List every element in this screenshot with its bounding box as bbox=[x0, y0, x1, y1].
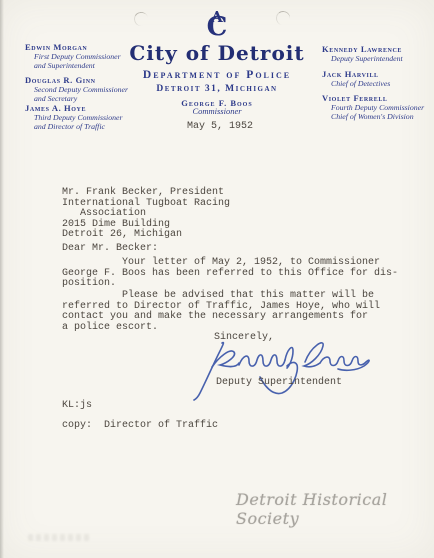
body-paragraph: Please be advised that this matter will … bbox=[62, 291, 380, 333]
signer-title: Deputy Superintendent bbox=[216, 377, 342, 388]
body-paragraph: Your letter of May 2, 1952, to Commissio… bbox=[62, 258, 398, 290]
letter-date: May 5, 1952 bbox=[187, 121, 253, 132]
official-name: Violet Ferrell bbox=[322, 93, 424, 103]
official-block: Douglas R. Ginn Second Deputy Commission… bbox=[25, 75, 128, 103]
official-name: Jack Harvill bbox=[322, 69, 390, 79]
reference-initials: KL:js bbox=[62, 400, 92, 411]
copy-notation: copy: Director of Traffic bbox=[62, 420, 218, 431]
official-title: Second Deputy Commissioner and Secretary bbox=[34, 85, 128, 103]
signature-script bbox=[192, 337, 374, 409]
salutation: Dear Mr. Becker: bbox=[62, 243, 158, 254]
official-name: Kennedy Lawrence bbox=[322, 44, 403, 54]
official-name: Douglas R. Ginn bbox=[25, 75, 128, 85]
official-title: First Deputy Commissioner and Superinten… bbox=[34, 52, 121, 70]
official-name: James A. Hoye bbox=[25, 103, 123, 113]
official-block: Kennedy Lawrence Deputy Superintendent bbox=[322, 44, 403, 63]
faint-catalog-mark bbox=[28, 534, 90, 541]
official-block: Violet Ferrell Fourth Deputy Commissione… bbox=[322, 93, 424, 121]
official-title: Third Deputy Commissioner and Director o… bbox=[34, 113, 123, 131]
official-name: Edwin Morgan bbox=[25, 42, 121, 52]
scanned-letter: C A City of Detroit Department of Police… bbox=[0, 0, 434, 558]
official-title: Deputy Superintendent bbox=[331, 54, 403, 63]
monogram-letter-a: A bbox=[0, 8, 434, 26]
official-title: Chief of Detectives bbox=[331, 79, 390, 88]
official-block: Jack Harvill Chief of Detectives bbox=[322, 69, 390, 88]
recipient-address: Mr. Frank Becker, President Internationa… bbox=[62, 188, 230, 241]
official-block: Edwin Morgan First Deputy Commissioner a… bbox=[25, 42, 121, 70]
watermark: Detroit Historical Society bbox=[236, 490, 434, 528]
official-title: Fourth Deputy Commissioner Chief of Wome… bbox=[331, 103, 424, 121]
official-block: James A. Hoye Third Deputy Commissioner … bbox=[25, 103, 123, 131]
